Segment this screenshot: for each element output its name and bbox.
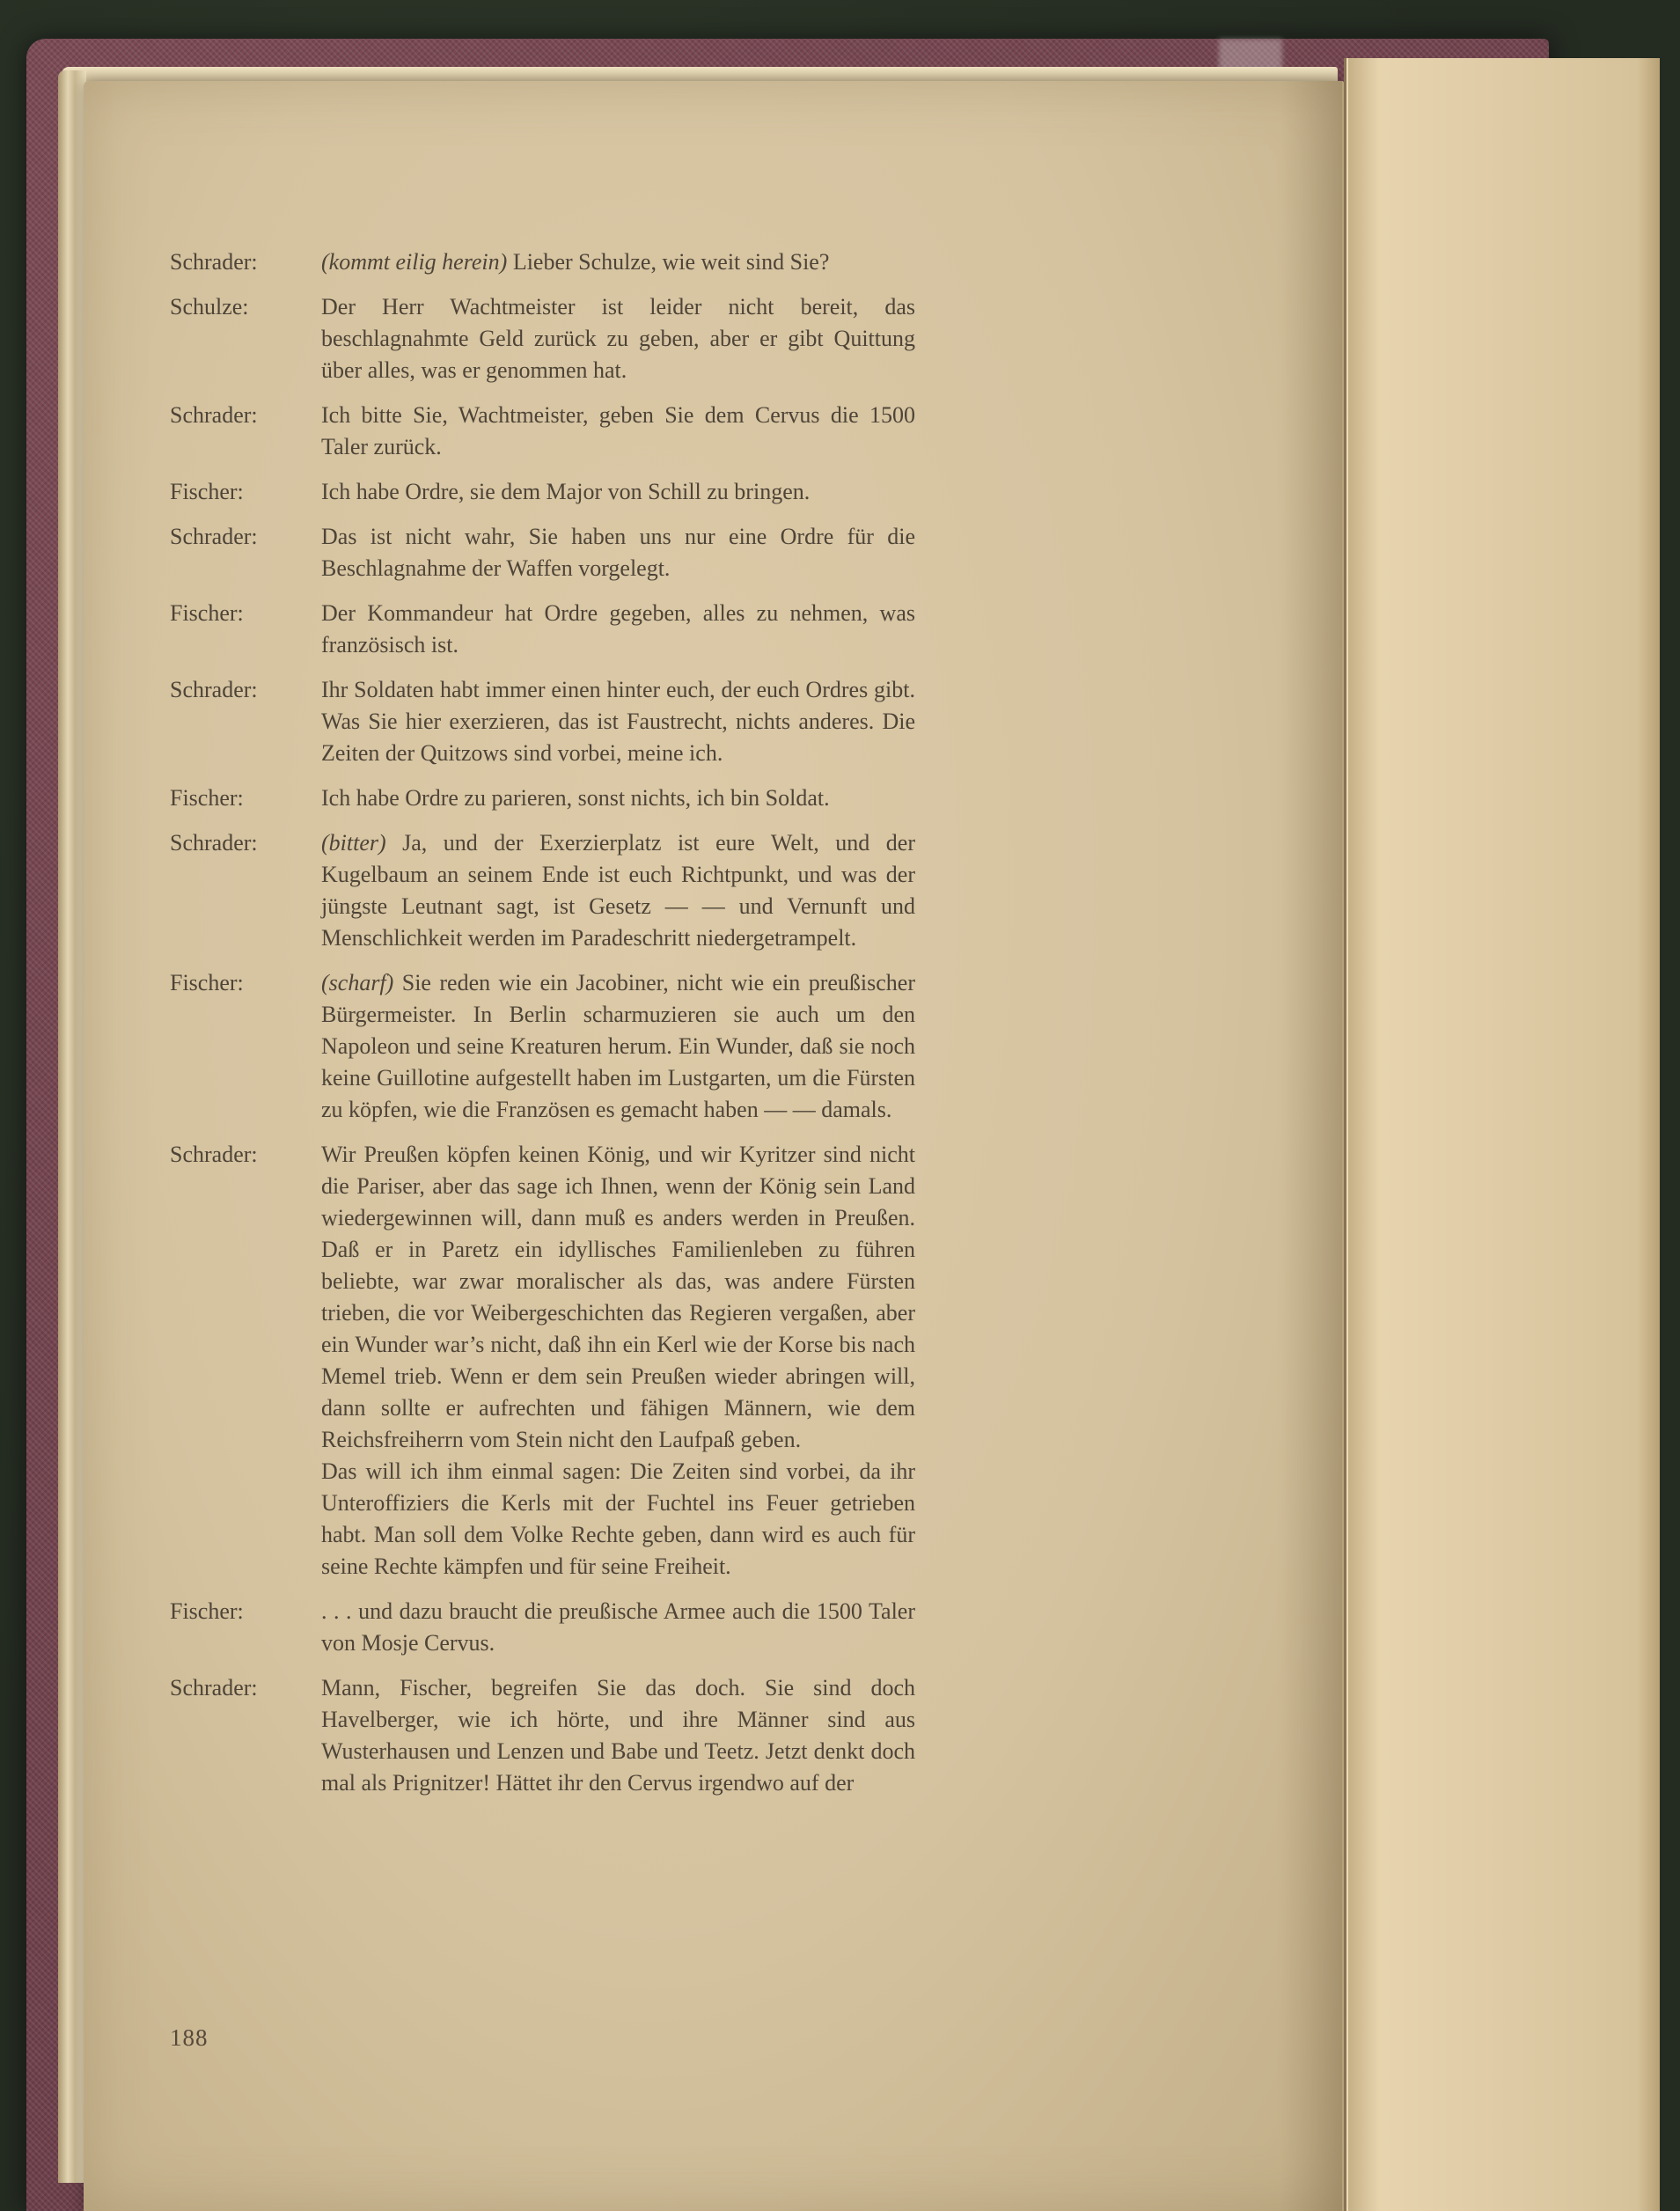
speech: Mann, Fischer, begreifen Sie das doch. S… <box>321 1672 915 1799</box>
speech-paragraph: Mann, Fischer, begreifen Sie das doch. S… <box>321 1672 915 1799</box>
speaker-label: Fischer: <box>170 967 321 1126</box>
dialogue-row: Schrader: Das ist nicht wahr, Sie haben … <box>170 521 918 584</box>
facing-page-edge <box>1344 58 1660 2211</box>
dialogue-row: Schrader: Ihr Soldaten habt immer einen … <box>170 674 918 769</box>
dialogue-row: Fischer: (scharf) Sie reden wie ein Jaco… <box>170 967 918 1126</box>
speaker-label: Fischer: <box>170 1596 321 1659</box>
speaker-label: Schrader: <box>170 400 321 463</box>
speech-paragraph: . . . und dazu braucht die preußische Ar… <box>321 1596 915 1659</box>
gutter-shadow <box>1280 81 1342 2211</box>
speech: (kommt eilig herein) Lieber Schulze, wie… <box>321 246 915 278</box>
dialogue-row: Schrader: Wir Preußen köpfen keinen Köni… <box>170 1139 918 1583</box>
dialogue-row: Fischer: . . . und dazu braucht die preu… <box>170 1596 918 1659</box>
page-number: 188 <box>170 2024 209 2052</box>
book-page: Schrader: (kommt eilig herein) Lieber Sc… <box>84 81 1344 2211</box>
dialogue-row: Schrader: (bitter) Ja, und der Exerzierp… <box>170 827 918 954</box>
scanned-book-photo: Schrader: (kommt eilig herein) Lieber Sc… <box>0 0 1680 2211</box>
speech: Das ist nicht wahr, Sie haben uns nur ei… <box>321 521 915 584</box>
speaker-label: Fischer: <box>170 598 321 661</box>
speech-paragraph: Ihr Soldaten habt immer einen hinter euc… <box>321 674 915 769</box>
speaker-label: Schrader: <box>170 246 321 278</box>
dialogue-row: Fischer: Ich habe Ordre, sie dem Major v… <box>170 476 918 508</box>
page-stack-edge-left <box>58 70 86 2183</box>
speech: Ihr Soldaten habt immer einen hinter euc… <box>321 674 915 769</box>
dialogue-row: Schulze: Der Herr Wachtmeister ist leide… <box>170 291 918 386</box>
dialogue-row: Fischer: Ich habe Ordre zu parieren, son… <box>170 782 918 814</box>
speaker-label: Schulze: <box>170 291 321 386</box>
speech-paragraph: (bitter) Ja, und der Exerzierplatz ist e… <box>321 827 915 954</box>
speech-paragraph: Ich habe Ordre, sie dem Major von Schill… <box>321 476 915 508</box>
speech-paragraph: Ich habe Ordre zu parieren, sonst nichts… <box>321 782 915 814</box>
speech: Der Kommandeur hat Ordre gegeben, alles … <box>321 598 915 661</box>
dialogue-row: Schrader: (kommt eilig herein) Lieber Sc… <box>170 246 918 278</box>
speaker-label: Schrader: <box>170 827 321 954</box>
stage-direction: (bitter) <box>321 830 402 856</box>
dialogue-row: Fischer: Der Kommandeur hat Ordre gegebe… <box>170 598 918 661</box>
speech-paragraph: Der Kommandeur hat Ordre gegeben, alles … <box>321 598 915 661</box>
speaker-label: Fischer: <box>170 782 321 814</box>
speech: Ich habe Ordre, sie dem Major von Schill… <box>321 476 915 508</box>
dialogue-row: Schrader: Mann, Fischer, begreifen Sie d… <box>170 1672 918 1799</box>
dialogue: Schrader: (kommt eilig herein) Lieber Sc… <box>170 246 918 1812</box>
speech: Ich habe Ordre zu parieren, sonst nichts… <box>321 782 915 814</box>
stage-direction: (kommt eilig herein) <box>321 249 513 275</box>
speech-paragraph: Der Herr Wachtmeister ist leider nicht b… <box>321 291 915 386</box>
speech: (scharf) Sie reden wie ein Jacobiner, ni… <box>321 967 915 1126</box>
speaker-label: Fischer: <box>170 476 321 508</box>
stage-direction: (scharf) <box>321 970 402 995</box>
speaker-label: Schrader: <box>170 1672 321 1799</box>
dialogue-row: Schrader: Ich bitte Sie, Wachtmeister, g… <box>170 400 918 463</box>
speaker-label: Schrader: <box>170 674 321 769</box>
speaker-label: Schrader: <box>170 1139 321 1583</box>
speaker-label: Schrader: <box>170 521 321 584</box>
speech-paragraph: (scharf) Sie reden wie ein Jacobiner, ni… <box>321 967 915 1126</box>
speech: (bitter) Ja, und der Exerzierplatz ist e… <box>321 827 915 954</box>
speech: Ich bitte Sie, Wachtmeister, geben Sie d… <box>321 400 915 463</box>
speech-paragraph: Ich bitte Sie, Wachtmeister, geben Sie d… <box>321 400 915 463</box>
speech: Wir Preußen köpfen keinen König, und wir… <box>321 1139 915 1583</box>
speech-paragraph: Das will ich ihm einmal sagen: Die Zeite… <box>321 1456 915 1583</box>
speech: Der Herr Wachtmeister ist leider nicht b… <box>321 291 915 386</box>
speech-paragraph: Das ist nicht wahr, Sie haben uns nur ei… <box>321 521 915 584</box>
speech-paragraph: (kommt eilig herein) Lieber Schulze, wie… <box>321 246 915 278</box>
speech: . . . und dazu braucht die preußische Ar… <box>321 1596 915 1659</box>
speech-paragraph: Wir Preußen köpfen keinen König, und wir… <box>321 1139 915 1456</box>
